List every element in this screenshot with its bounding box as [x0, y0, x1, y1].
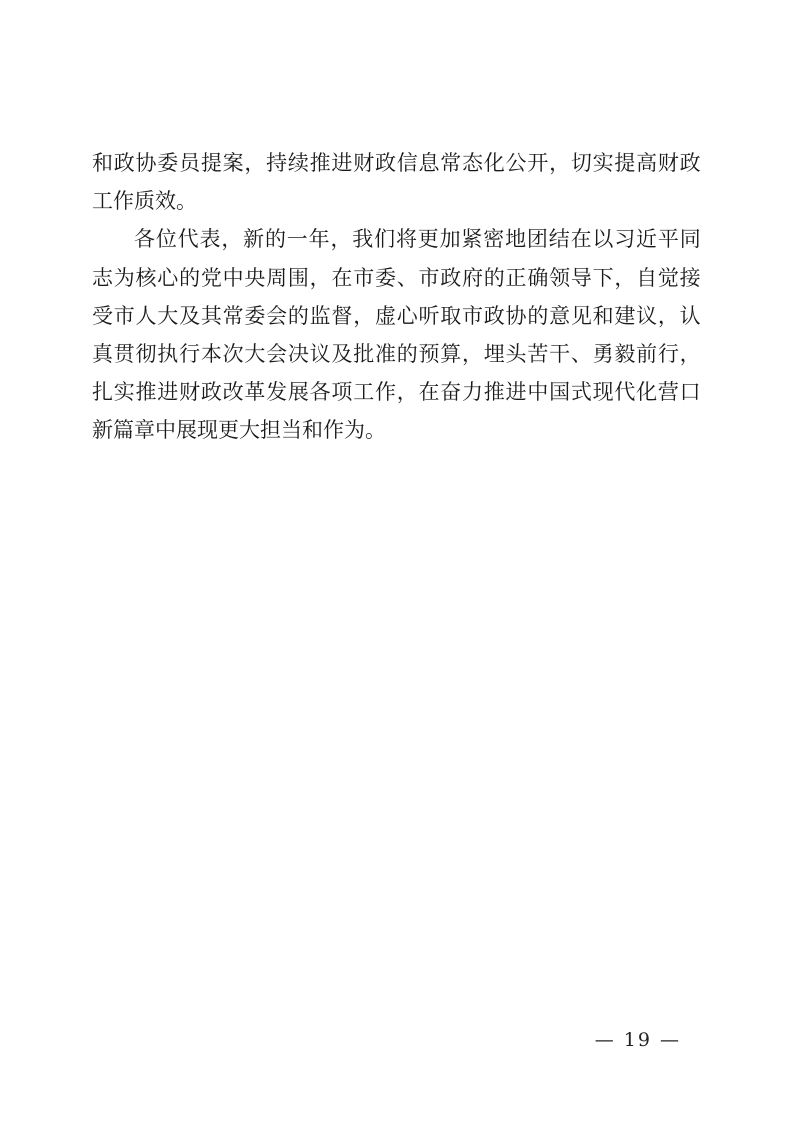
- page-number: — 19 —: [595, 1028, 681, 1052]
- paragraph-line: 和政协委员提案，持续推进财政信息常态化公开，切实提高财政: [92, 144, 701, 182]
- document-page: 和政协委员提案，持续推进财政信息常态化公开，切实提高财政 工作质效。 各位代表，…: [0, 0, 793, 1122]
- paragraph-line: 工作质效。: [92, 182, 701, 220]
- paragraph-line: 受市人大及其常委会的监督，虚心听取市政协的意见和建议，认: [92, 297, 701, 335]
- paragraph-line: 扎实推进财政改革发展各项工作，在奋力推进中国式现代化营口: [92, 373, 701, 411]
- paragraph-line: 新篇章中展现更大担当和作为。: [92, 411, 701, 449]
- document-body-text: 和政协委员提案，持续推进财政信息常态化公开，切实提高财政 工作质效。 各位代表，…: [92, 144, 701, 450]
- paragraph-line: 各位代表，新的一年，我们将更加紧密地团结在以习近平同: [92, 220, 701, 258]
- paragraph-line: 真贯彻执行本次大会决议及批准的预算，埋头苦干、勇毅前行，: [92, 335, 701, 373]
- paragraph-line: 志为核心的党中央周围，在市委、市政府的正确领导下，自觉接: [92, 259, 701, 297]
